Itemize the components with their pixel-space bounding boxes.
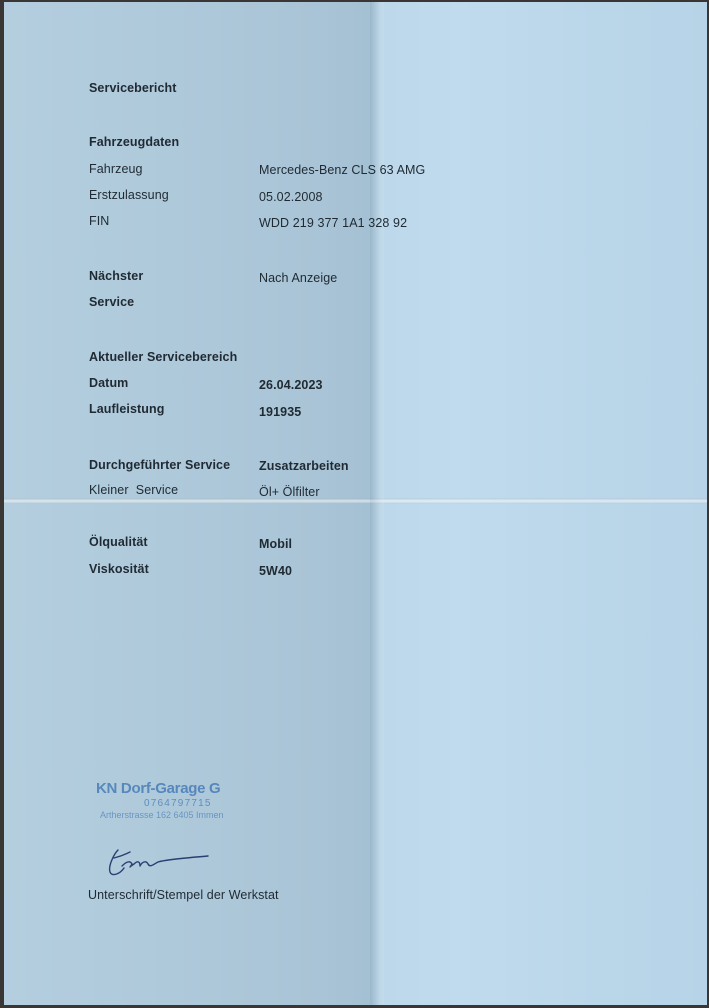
workshop-stamp: KN Dorf-Garage G 0764797715 Artherstrass…: [96, 780, 224, 820]
next-service-label-line2: Service: [89, 295, 134, 309]
vin-label: FIN: [89, 214, 109, 228]
performed-service-value: Kleiner Service: [89, 483, 178, 497]
signature-scribble: [104, 844, 214, 880]
next-service-value: Nach Anzeige: [259, 271, 337, 285]
date-label: Datum: [89, 376, 128, 390]
additional-work-heading: Zusatzarbeiten: [259, 459, 349, 473]
oil-quality-value: Mobil: [259, 537, 292, 551]
additional-work-value: Öl+ Ölfilter: [259, 485, 320, 499]
next-service-label-line1: Nächster: [89, 269, 143, 283]
stamp-name: KN Dorf-Garage G: [96, 780, 224, 797]
performed-service-heading: Durchgeführter Service: [89, 458, 230, 472]
vehicle-value: Mercedes-Benz CLS 63 AMG: [259, 163, 425, 177]
vin-value: WDD 219 377 1A1 328 92: [259, 216, 407, 230]
stamp-address: Artherstrasse 162 6405 Immen: [100, 810, 224, 820]
first-registration-value: 05.02.2008: [259, 190, 323, 204]
oil-quality-label: Ölqualität: [89, 535, 148, 549]
viscosity-label: Viskosität: [89, 562, 149, 576]
service-report-paper: Servicebericht Fahrzeugdaten Fahrzeug Me…: [4, 2, 707, 1005]
vehicle-section-heading: Fahrzeugdaten: [89, 135, 179, 149]
document-title: Servicebericht: [89, 81, 177, 95]
mileage-value: 191935: [259, 405, 301, 419]
first-registration-label: Erstzulassung: [89, 188, 169, 202]
viscosity-value: 5W40: [259, 564, 292, 578]
stamp-phone: 0764797715: [144, 798, 224, 809]
current-service-heading: Aktueller Servicebereich: [89, 350, 237, 364]
signature-caption: Unterschrift/Stempel der Werkstat: [88, 888, 279, 902]
mileage-label: Laufleistung: [89, 402, 165, 416]
date-value: 26.04.2023: [259, 378, 323, 392]
vehicle-label: Fahrzeug: [89, 162, 143, 176]
